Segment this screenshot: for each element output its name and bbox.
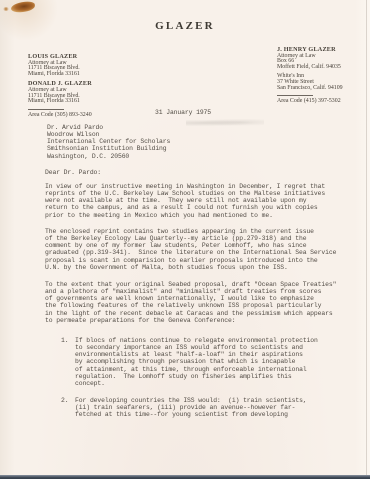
letterhead-left: LOUIS GLAZER Attorney at Law 11711 Bisca… — [28, 54, 92, 118]
page-edge-right — [366, 0, 367, 479]
paragraph-1: In view of our instructive meeting in Wa… — [45, 183, 325, 219]
list-item-2: For developing countries the ISS would: … — [75, 397, 307, 418]
ink-stain — [11, 1, 36, 13]
list-number-1: 1. — [61, 337, 68, 344]
attorney-block-donald-glazer: DONALD J. GLAZER Attorney at Law 11711 B… — [28, 81, 92, 104]
salutation: Dear Dr. Pardo: — [45, 169, 101, 176]
paragraph-2: The enclosed reprint contains two studie… — [45, 228, 336, 271]
list-item-1: If blocs of nations continue to relegate… — [75, 337, 318, 387]
left-area-code: Area Code (305) 893-3240 — [28, 113, 92, 119]
ink-stain-dot — [3, 7, 9, 11]
divider-rule — [277, 95, 313, 96]
attorney-block-j-henry-glazer: J. HENRY GLAZER Attorney at Law Box 66 M… — [277, 47, 343, 70]
paragraph-3: To the extent that your original Seabed … — [45, 281, 336, 324]
attorney-address: Attorney at Law 11711 Biscayne Blvd. Mia… — [28, 88, 92, 105]
right-area-code: Area Code (415) 397-5302 — [277, 99, 343, 105]
letter-page: GLAZER LOUIS GLAZER Attorney at Law 1171… — [0, 0, 370, 479]
attorney-address: Attorney at Law Box 66 Moffett Field, Ca… — [277, 54, 343, 71]
letter-date: 31 January 1975 — [155, 109, 211, 116]
divider-rule — [28, 109, 64, 110]
attorney-address: Attorney at Law 11711 Biscayne Blvd. Mia… — [28, 61, 92, 78]
scan-edge-bottom — [0, 475, 370, 479]
letterhead-right: J. HENRY GLAZER Attorney at Law Box 66 M… — [277, 47, 343, 105]
list-number-2: 2. — [61, 397, 68, 404]
firm-name: GLAZER — [0, 20, 370, 32]
office-address: White's Inn 37 White Street San Francisc… — [277, 74, 343, 91]
pencil-smudge — [186, 119, 264, 127]
recipient-address: Dr. Arvid Pardo Woodrow Wilson Internati… — [47, 124, 170, 160]
attorney-block-louis-glazer: LOUIS GLAZER Attorney at Law 11711 Bisca… — [28, 54, 92, 77]
